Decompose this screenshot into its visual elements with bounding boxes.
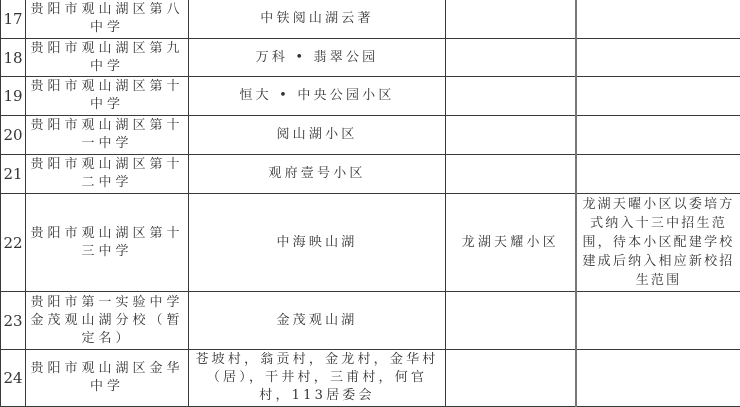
table-row: 18 贵阳市观山湖区第九中学 万科 • 翡翠公园 [1, 39, 740, 77]
table-row: 17 贵阳市观山湖区第八中学 中铁阅山湖云著 [1, 0, 740, 39]
row-number: 22 [1, 194, 26, 292]
row-number: 18 [1, 39, 26, 77]
extra-area [446, 292, 576, 350]
school-name: 贵阳市观山湖区金华中学 [26, 350, 189, 407]
remark [576, 77, 740, 116]
remark [576, 292, 740, 350]
table-row: 19 贵阳市观山湖区第十中学 恒大 • 中央公园小区 [1, 77, 740, 116]
remark [576, 39, 740, 77]
table-row: 23 贵阳市第一实验中学金茂观山湖分校（暂定名） 金茂观山湖 [1, 292, 740, 350]
school-name: 贵阳市观山湖区第十二中学 [26, 155, 189, 194]
enrollment-area: 阅山湖小区 [189, 116, 446, 155]
enrollment-area: 中海映山湖 [189, 194, 446, 292]
extra-area [446, 155, 576, 194]
enrollment-area: 观府壹号小区 [189, 155, 446, 194]
remark [576, 116, 740, 155]
enrollment-area: 恒大 • 中央公园小区 [189, 77, 446, 116]
remark [576, 0, 740, 39]
row-number: 24 [1, 350, 26, 407]
enrollment-area: 中铁阅山湖云著 [189, 0, 446, 39]
table-row: 22 贵阳市观山湖区第十三中学 中海映山湖 龙湖天耀小区 龙湖天曜小区以委培方式… [1, 194, 740, 292]
extra-area [446, 77, 576, 116]
row-number: 21 [1, 155, 26, 194]
school-name: 贵阳市第一实验中学金茂观山湖分校（暂定名） [26, 292, 189, 350]
row-number: 19 [1, 77, 26, 116]
extra-area: 龙湖天耀小区 [446, 194, 576, 292]
row-number: 17 [1, 0, 26, 39]
school-name: 贵阳市观山湖区第八中学 [26, 0, 189, 39]
table-row: 24 贵阳市观山湖区金华中学 苍坡村，翁贡村，金龙村，金华村（居），干井村，三甫… [1, 350, 740, 407]
extra-area [446, 39, 576, 77]
remark: 龙湖天曜小区以委培方式纳入十三中招生范围，待本小区配建学校建成后纳入相应新校招生… [576, 194, 740, 292]
remark [576, 155, 740, 194]
school-name: 贵阳市观山湖区第十一中学 [26, 116, 189, 155]
extra-area [446, 116, 576, 155]
remark [576, 350, 740, 407]
table-row: 21 贵阳市观山湖区第十二中学 观府壹号小区 [1, 155, 740, 194]
enrollment-area: 苍坡村，翁贡村，金龙村，金华村（居），干井村，三甫村，何官村，113居委会 [189, 350, 446, 407]
row-number: 23 [1, 292, 26, 350]
extra-area [446, 0, 576, 39]
enrollment-area: 万科 • 翡翠公园 [189, 39, 446, 77]
school-name: 贵阳市观山湖区第十中学 [26, 77, 189, 116]
extra-area [446, 350, 576, 407]
school-name: 贵阳市观山湖区第十三中学 [26, 194, 189, 292]
row-number: 20 [1, 116, 26, 155]
school-district-table: 17 贵阳市观山湖区第八中学 中铁阅山湖云著 18 贵阳市观山湖区第九中学 万科… [0, 0, 740, 407]
school-name: 贵阳市观山湖区第九中学 [26, 39, 189, 77]
enrollment-area: 金茂观山湖 [189, 292, 446, 350]
table-row: 20 贵阳市观山湖区第十一中学 阅山湖小区 [1, 116, 740, 155]
